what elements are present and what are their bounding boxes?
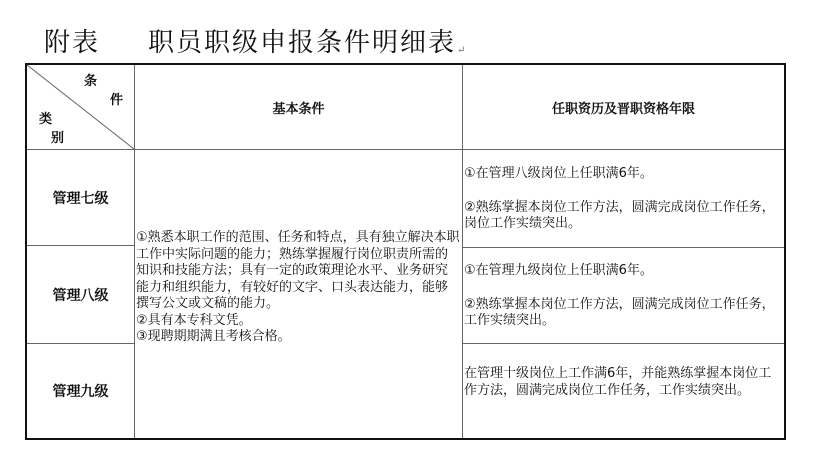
qualification-cell-level-8: ①在管理九级岗位上任职满6年。 ②熟练掌握本岗位工作方法，圆满完成岗位工作任务，… <box>463 248 784 343</box>
corner-label-category-1: 类 <box>39 108 52 127</box>
qualification-item: ②熟练掌握本岗位工作方法，圆满完成岗位工作任务，岗位工作实绩突出。 <box>464 200 778 233</box>
basic-condition-3: ③现聘期期满且考核合格。 <box>136 329 460 346</box>
qualification-item: 在管理十级岗位上工作满6年，并能熟练掌握本岗位工作方法，圆满完成岗位工作任务，工… <box>464 366 780 399</box>
document-title: 附表职员职级申报条件明细表↵ <box>44 22 467 59</box>
qualification-cell-level-7: ①在管理八级岗位上任职满6年。 ②熟练掌握本岗位工作方法，圆满完成岗位工作任务，… <box>463 150 784 247</box>
category-cell-level-7: 管理七级 <box>27 150 134 245</box>
qualification-item: ①在管理八级岗位上任职满6年。 <box>464 166 778 183</box>
header-qualification: 任职资历及晋职资格年限 <box>463 65 784 149</box>
title-prefix: 附表 <box>44 22 100 59</box>
qualification-cell-level-9: 在管理十级岗位上工作满6年，并能熟练掌握本岗位工作方法，圆满完成岗位工作任务，工… <box>463 344 784 438</box>
corner-header-cell: 条 件 类 别 <box>27 65 134 149</box>
basic-conditions-cell: ①熟悉本职工作的范围、任务和特点，具有独立解决本职工作中实际问题的能力；熟练掌握… <box>135 150 462 438</box>
basic-condition-1: ①熟悉本职工作的范围、任务和特点，具有独立解决本职工作中实际问题的能力；熟练掌握… <box>136 230 460 313</box>
category-cell-level-8: 管理八级 <box>27 246 134 343</box>
corner-label-condition-1: 条 <box>84 70 97 89</box>
category-cell-level-9: 管理九级 <box>27 344 134 438</box>
conditions-table: 条 件 类 别 基本条件 任职资历及晋职资格年限 管理七级 管理八级 管理九级 … <box>25 63 786 440</box>
header-basic-conditions: 基本条件 <box>135 65 462 149</box>
qualification-item: ①在管理九级岗位上任职满6年。 <box>464 263 778 280</box>
paragraph-mark-icon: ↵ <box>457 45 467 56</box>
basic-condition-2: ②具有本专科文凭。 <box>136 313 460 330</box>
corner-label-category-2: 别 <box>51 127 64 146</box>
title-text: 职员职级申报条件明细表 <box>148 28 456 58</box>
qualification-item: ②熟练掌握本岗位工作方法，圆满完成岗位工作任务，工作实绩突出。 <box>464 297 778 330</box>
corner-label-condition-2: 件 <box>110 89 123 108</box>
